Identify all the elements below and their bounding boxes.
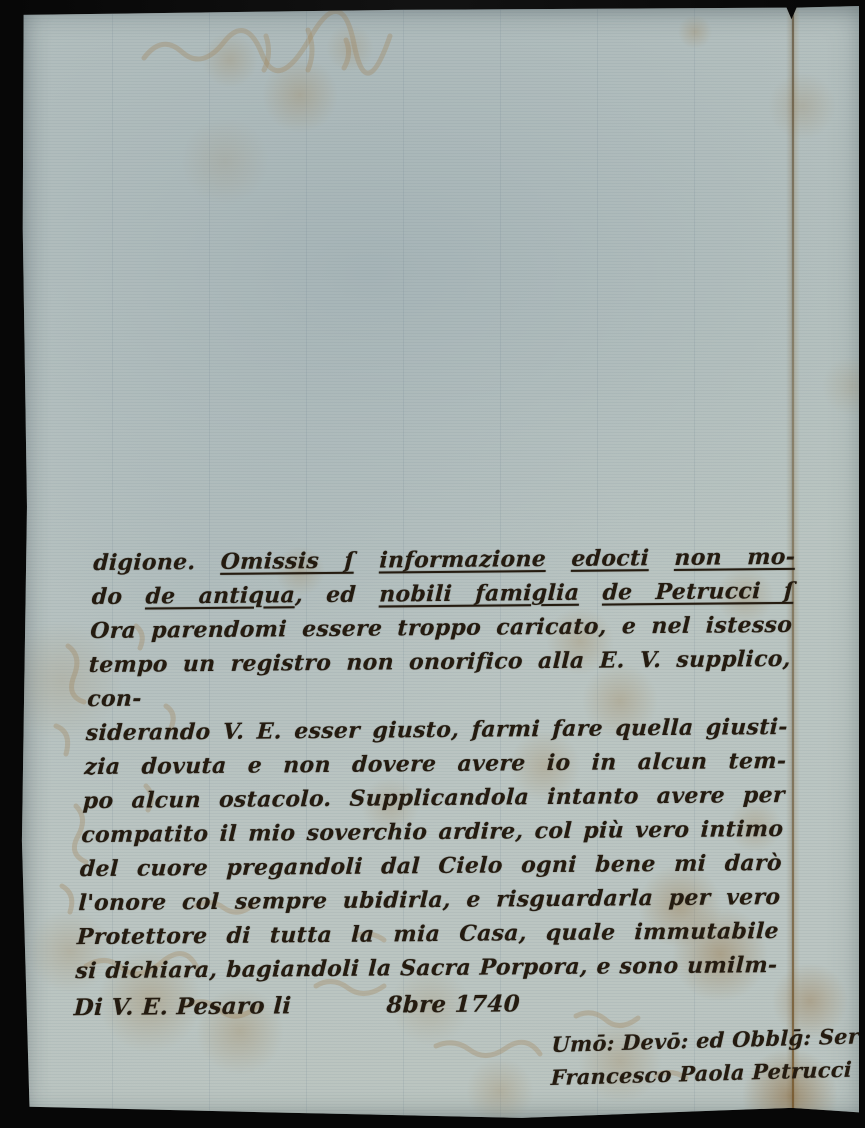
letter-body: digione. Omissis ſ informazione edocti n… (73, 540, 796, 1025)
letter-line: tempo un registro non onorifico alla E. … (87, 642, 792, 716)
dateline-place: Di V. E. Pesaro li (73, 989, 292, 1025)
manuscript-page: digione. Omissis ſ informazione edocti n… (16, 6, 859, 1119)
dateline: Di V. E. Pesaro li 8bre 1740 (73, 985, 776, 1025)
dateline-date: 8bre 1740 (386, 987, 521, 1022)
scan-background: digione. Omissis ſ informazione edocti n… (0, 0, 865, 1128)
signature-block: Umō: Devō: ed Obblḡ: Serv: Francesco Pao… (550, 1019, 865, 1094)
letter-line: si dichiara, bagiandoli la Sacra Porpora… (75, 948, 778, 988)
